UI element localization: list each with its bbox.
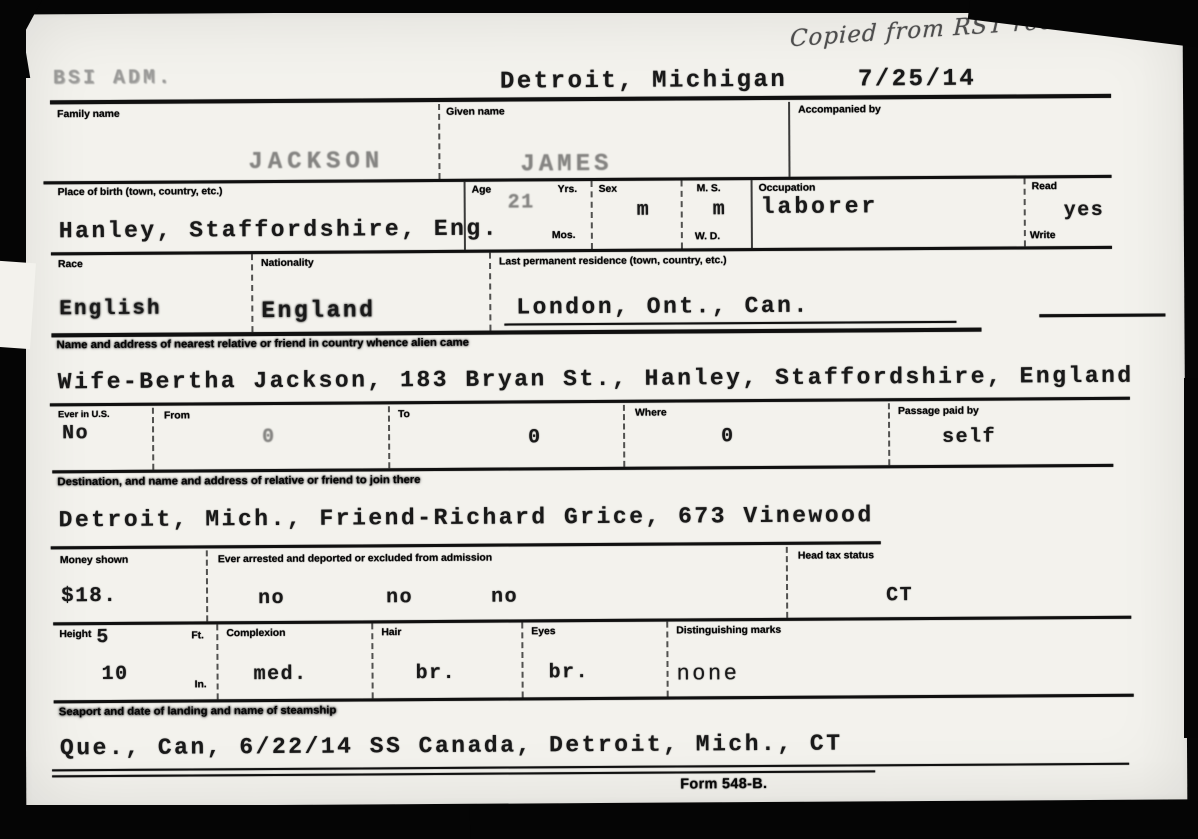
field-complexion: Complexion med.: [216, 623, 371, 699]
hair-value: br.: [415, 664, 456, 684]
marital-status-label: M. S.: [697, 182, 721, 194]
from-value: 0: [262, 428, 276, 448]
field-nationality: Nationality England: [251, 253, 489, 332]
field-money-shown: Money shown $18.: [56, 550, 206, 622]
eyes-label: Eyes: [531, 626, 555, 638]
field-ever-in-us: Ever in U.S. No: [55, 408, 152, 471]
age-label: Age: [472, 184, 492, 196]
header-place: Detroit, Michigan: [500, 69, 787, 95]
field-height: Height 5 Ft. 10 In.: [56, 624, 216, 700]
head-tax-status-value: CT: [886, 586, 913, 606]
relative-whence-label: Name and address of nearest relative or …: [57, 337, 469, 352]
field-read-write: Read yes Write: [1024, 178, 1112, 247]
place-of-birth-value: Hanley, Staffordshire, Eng.: [59, 218, 499, 244]
sex-label: Sex: [599, 183, 617, 195]
height-label: Height: [59, 628, 91, 640]
field-head-tax-status: Head tax status CT: [786, 545, 1114, 618]
race-value: English: [59, 299, 161, 321]
field-sex: Sex m: [591, 180, 681, 249]
read-label: Read: [1032, 180, 1057, 192]
height-feet-value: 5: [96, 628, 110, 648]
occupation-label: Occupation: [759, 182, 816, 194]
occupation-value: laborer: [761, 195, 879, 219]
field-place-of-birth: Place of birth (town, country, etc.) Han…: [54, 182, 464, 253]
ever-arrested-value-3: no: [491, 587, 518, 607]
field-last-residence: Last permanent residence (town, country,…: [489, 249, 1112, 331]
ever-in-us-value: No: [62, 424, 89, 444]
field-eyes: Eyes br.: [521, 622, 666, 698]
field-race: Race English: [54, 254, 251, 333]
field-to: To 0: [388, 405, 623, 468]
where-value: 0: [721, 427, 735, 447]
header-date: 7/25/14: [858, 68, 976, 93]
field-ever-arrested: Ever arrested and deported or excluded f…: [206, 547, 786, 622]
age-yrs-label: Yrs.: [558, 183, 578, 195]
given-name-label: Given name: [446, 106, 505, 118]
height-inches-value: 10: [101, 665, 128, 685]
height-in-label: In.: [195, 679, 207, 691]
field-from: From 0: [152, 406, 388, 469]
field-family-name: Family name JACKSON: [53, 104, 438, 181]
field-accompanied-by: Accompanied by: [788, 100, 1111, 177]
seaport-landing-value: Que., Can, 6/22/14 SS Canada, Detroit, M…: [60, 733, 843, 761]
age-mos-label: Mos.: [552, 229, 576, 241]
scan-edge-right: [1184, 378, 1198, 738]
paper-edge-notch: [0, 261, 36, 349]
ever-arrested-label: Ever arrested and deported or excluded f…: [218, 552, 492, 565]
marital-status-value: m: [713, 200, 727, 220]
last-residence-label: Last permanent residence (town, country,…: [499, 254, 726, 267]
complexion-value: med.: [253, 665, 307, 685]
nationality-value: England: [261, 299, 375, 323]
age-value: 21: [508, 193, 535, 213]
accompanied-by-label: Accompanied by: [798, 104, 881, 116]
field-passage-paid-by: Passage paid by self: [888, 402, 1113, 465]
hair-label: Hair: [381, 626, 401, 638]
distinguishing-marks-value: none: [676, 663, 739, 685]
place-of-birth-label: Place of birth (town, country, etc.): [58, 186, 223, 199]
destination-label: Destination, and name and address of rel…: [57, 474, 420, 489]
last-residence-value: London, Ont., Can.: [516, 295, 810, 320]
from-label: From: [164, 410, 190, 422]
scan-edge-bottom-right: [470, 800, 1198, 839]
nationality-label: Nationality: [261, 257, 314, 269]
ever-in-us-label: Ever in U.S.: [58, 410, 110, 421]
passage-paid-by-label: Passage paid by: [898, 405, 979, 417]
complexion-label: Complexion: [226, 627, 285, 639]
field-hair: Hair br.: [371, 622, 521, 698]
where-label: Where: [635, 407, 667, 419]
seaport-landing-label: Seaport and date of landing and name of …: [59, 705, 337, 719]
distinguishing-marks-label: Distinguishing marks: [676, 624, 781, 636]
eyes-value: br.: [548, 663, 589, 683]
field-given-name: Given name JAMES: [438, 102, 788, 179]
height-ft-label: Ft.: [191, 630, 204, 642]
sex-value: m: [637, 201, 651, 221]
field-occupation: Occupation laborer: [751, 178, 1024, 248]
field-distinguishing-marks: Distinguishing marks none: [666, 619, 1114, 697]
money-shown-label: Money shown: [60, 554, 128, 566]
scanned-manifest-card: Copied from RST record BSI ADM. Detroit,…: [0, 0, 1198, 839]
form-number: Form 548-B.: [680, 776, 767, 793]
head-tax-status-label: Head tax status: [798, 550, 874, 562]
ever-arrested-value-1: no: [258, 589, 285, 609]
widowed-divorced-label: W. D.: [695, 230, 720, 242]
family-name-value: JACKSON: [248, 150, 384, 175]
destination-value: Detroit, Mich., Friend-Richard Grice, 67…: [59, 504, 874, 532]
to-value: 0: [528, 428, 542, 448]
passage-paid-by-value: self: [942, 428, 996, 448]
to-label: To: [398, 408, 410, 420]
scan-edge-left: [0, 0, 26, 839]
race-label: Race: [58, 258, 83, 270]
money-shown-value: $18.: [61, 586, 118, 607]
admission-stamp: BSI ADM.: [53, 69, 173, 90]
family-name-label: Family name: [57, 108, 120, 120]
field-marital-status: M. S. m W. D.: [681, 180, 751, 248]
read-write-value: yes: [1064, 201, 1105, 221]
ever-arrested-value-2: no: [386, 588, 413, 608]
given-name-value: JAMES: [520, 153, 612, 178]
field-where: Where 0: [623, 403, 888, 467]
card-tilt-wrapper: Copied from RST record BSI ADM. Detroit,…: [0, 0, 1198, 839]
write-label: Write: [1030, 229, 1056, 241]
